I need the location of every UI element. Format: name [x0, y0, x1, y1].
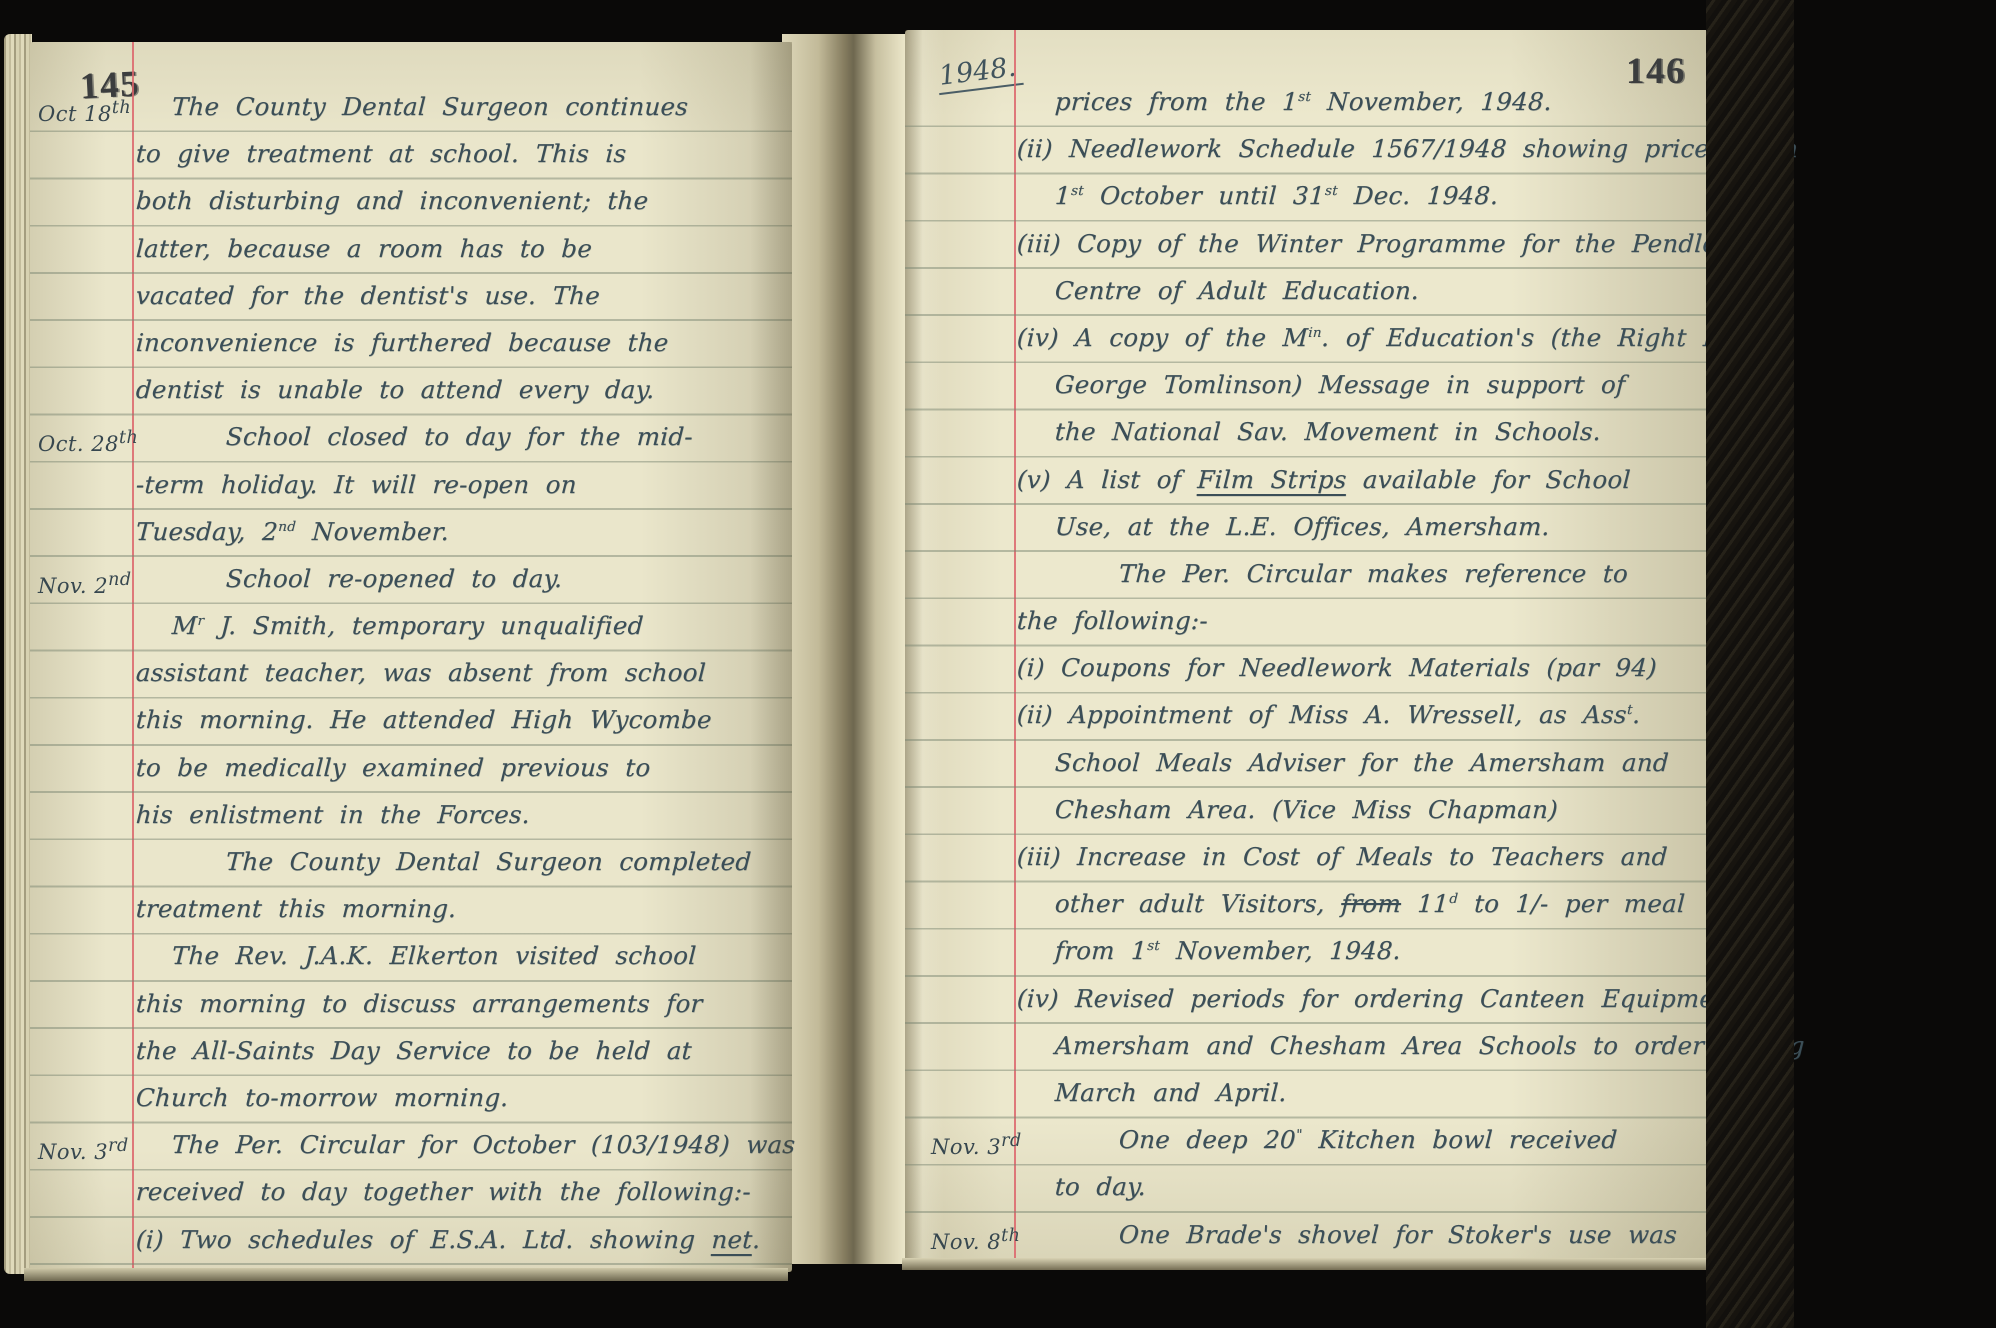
entry-text: Chesham Area. (Vice Miss Chapman)	[1054, 786, 1559, 833]
book-cover-edge	[1706, 0, 1794, 1328]
entry-text: (ii) Appointment of Miss A. Wressell, as…	[1016, 691, 1642, 738]
entry-text: (i) Coupons for Needlework Materials (pa…	[1016, 644, 1658, 691]
entry-text: -term holiday. It will re-open on	[135, 461, 578, 508]
logbook-line: latter, because a room has to be	[30, 227, 792, 274]
logbook-line: the All-Saints Day Service to be held at	[30, 1029, 792, 1076]
entry-date: Oct. 28th	[38, 415, 138, 468]
entry-date: Nov. 3rd	[38, 1123, 129, 1176]
entry-date: Nov. 3rd	[931, 1118, 1022, 1171]
left-page-bottom-edge	[24, 1268, 788, 1281]
entry-text: received to day together with the follow…	[135, 1168, 752, 1215]
logbook-line: Centre of Adult Education.	[905, 269, 1712, 316]
entry-text: other adult Visitors, from 11d to 1/- pe…	[1054, 880, 1687, 927]
logbook-line: (iv) A copy of the Min. of Education's (…	[905, 316, 1712, 363]
logbook-line: Oct 18thThe County Dental Surgeon contin…	[30, 85, 792, 132]
logbook-line: Nov. 3rdOne deep 20" Kitchen bowl receiv…	[905, 1118, 1712, 1165]
logbook-line: March and April.	[905, 1071, 1712, 1118]
left-page: 145 Oct 18thThe County Dental Surgeon co…	[30, 42, 792, 1272]
logbook-line: this morning to discuss arrangements for	[30, 982, 792, 1029]
logbook-line: his enlistment in the Forces.	[30, 793, 792, 840]
logbook-line: (i) Coupons for Needlework Materials (pa…	[905, 646, 1712, 693]
entry-text: The Per. Circular for October (103/1948)…	[171, 1121, 797, 1168]
entry-text: School re-opened to day.	[225, 555, 564, 602]
logbook-line: to give treatment at school. This is	[30, 132, 792, 179]
logbook-line: to day.	[905, 1165, 1712, 1212]
entry-text: this morning to discuss arrangements for	[135, 980, 704, 1027]
logbook-line: other adult Visitors, from 11d to 1/- pe…	[905, 882, 1712, 929]
logbook-line: -term holiday. It will re-open on	[30, 463, 792, 510]
entry-text: the National Sav. Movement in Schools.	[1054, 408, 1602, 455]
right-page-entries: prices from the 1st November, 1948.(ii) …	[905, 80, 1712, 1260]
logbook-line: (ii) Needlework Schedule 1567/1948 showi…	[905, 127, 1712, 174]
entry-text: treatment this morning.	[135, 885, 458, 932]
logbook-line: Tuesday, 2nd November.	[30, 510, 792, 557]
logbook-line: (iv) Revised periods for ordering Cantee…	[905, 977, 1712, 1024]
logbook-line: (iii) Increase in Cost of Meals to Teach…	[905, 835, 1712, 882]
logbook-line: Nov. 3rdThe Per. Circular for October (1…	[30, 1123, 792, 1170]
entry-date: Nov. 2nd	[38, 557, 132, 610]
entry-text: (iv) Revised periods for ordering Cantee…	[1016, 975, 1742, 1022]
logbook-line: 1st October until 31st Dec. 1948.	[905, 174, 1712, 221]
entry-text: from 1st November, 1948.	[1054, 927, 1402, 974]
logbook-line: the National Sav. Movement in Schools.	[905, 410, 1712, 457]
logbook-line: Mr J. Smith, temporary unqualified	[30, 604, 792, 651]
entry-text: One Brade's shovel for Stoker's use was	[1118, 1211, 1678, 1258]
entry-text: The County Dental Surgeon continues	[171, 83, 690, 130]
logbook-line: dentist is unable to attend every day.	[30, 368, 792, 415]
entry-text: vacated for the dentist's use. The	[135, 272, 601, 319]
logbook-line: (iii) Copy of the Winter Programme for t…	[905, 222, 1712, 269]
logbook-line: assistant teacher, was absent from schoo…	[30, 651, 792, 698]
entry-text: (iii) Copy of the Winter Programme for t…	[1016, 220, 1733, 267]
left-page-entries: Oct 18thThe County Dental Surgeon contin…	[30, 85, 792, 1265]
logbook-line: The County Dental Surgeon completed	[30, 840, 792, 887]
entry-text: (iii) Increase in Cost of Meals to Teach…	[1016, 833, 1669, 880]
right-page: 146 1948. prices from the 1st November, …	[905, 30, 1712, 1262]
logbook-photo: 145 Oct 18thThe County Dental Surgeon co…	[0, 0, 1996, 1328]
entry-text: this morning. He attended High Wycombe	[135, 696, 713, 743]
entry-date: Oct 18th	[38, 85, 131, 138]
logbook-line: George Tomlinson) Message in support of	[905, 363, 1712, 410]
logbook-line: (v) A list of Film Strips available for …	[905, 458, 1712, 505]
logbook-line: from 1st November, 1948.	[905, 929, 1712, 976]
entry-text: (i) Two schedules of E.S.A. Ltd. showing…	[135, 1216, 762, 1263]
entry-text: Church to-morrow morning.	[135, 1074, 510, 1121]
logbook-line: The Per. Circular makes reference to	[905, 552, 1712, 599]
right-page-bottom-edge	[902, 1258, 1706, 1270]
logbook-line: Nov. 8thOne Brade's shovel for Stoker's …	[905, 1213, 1712, 1260]
logbook-line: inconvenience is furthered because the	[30, 321, 792, 368]
entry-text: (ii) Needlework Schedule 1567/1948 showi…	[1016, 125, 1800, 172]
entry-text: The Rev. J.A.K. Elkerton visited school	[171, 932, 698, 979]
entry-text: Mr J. Smith, temporary unqualified	[171, 602, 645, 649]
entry-text: School closed to day for the mid-	[225, 413, 694, 460]
entry-text: to give treatment at school. This is	[135, 130, 628, 177]
entry-text: assistant teacher, was absent from schoo…	[135, 649, 707, 696]
entry-text: George Tomlinson) Message in support of	[1054, 361, 1627, 408]
logbook-line: to be medically examined previous to	[30, 746, 792, 793]
entry-text: inconvenience is furthered because the	[135, 319, 670, 366]
entry-text: Centre of Adult Education.	[1054, 267, 1421, 314]
entry-text: to be medically examined previous to	[135, 744, 652, 791]
logbook-line: Church to-morrow morning.	[30, 1076, 792, 1123]
entry-text: prices from the 1st November, 1948.	[1054, 78, 1553, 125]
logbook-line: prices from the 1st November, 1948.	[905, 80, 1712, 127]
logbook-line: Use, at the L.E. Offices, Amersham.	[905, 505, 1712, 552]
logbook-line: The Rev. J.A.K. Elkerton visited school	[30, 934, 792, 981]
logbook-line: Nov. 2ndSchool re-opened to day.	[30, 557, 792, 604]
entry-text: 1st October until 31st Dec. 1948.	[1054, 172, 1500, 219]
entry-text: latter, because a room has to be	[135, 225, 594, 272]
entry-text: the following:-	[1016, 597, 1209, 644]
entry-text: Use, at the L.E. Offices, Amersham.	[1054, 503, 1551, 550]
logbook-line: both disturbing and inconvenient; the	[30, 179, 792, 226]
page-stack-edges	[4, 34, 32, 1274]
entry-text: (iv) A copy of the Min. of Education's (…	[1016, 314, 1765, 361]
logbook-line: Chesham Area. (Vice Miss Chapman)	[905, 788, 1712, 835]
entry-text: The Per. Circular makes reference to	[1118, 550, 1629, 597]
logbook-line: received to day together with the follow…	[30, 1170, 792, 1217]
book-gutter	[782, 34, 912, 1264]
logbook-line: vacated for the dentist's use. The	[30, 274, 792, 321]
entry-text: both disturbing and inconvenient; the	[135, 177, 650, 224]
entry-text: (v) A list of Film Strips available for …	[1016, 456, 1632, 503]
entry-text: Amersham and Chesham Area Schools to ord…	[1054, 1022, 1806, 1069]
logbook-line: School Meals Adviser for the Amersham an…	[905, 741, 1712, 788]
logbook-line: Oct. 28thSchool closed to day for the mi…	[30, 415, 792, 462]
logbook-line: (i) Two schedules of E.S.A. Ltd. showing…	[30, 1218, 792, 1265]
logbook-line: Amersham and Chesham Area Schools to ord…	[905, 1024, 1712, 1071]
logbook-line: this morning. He attended High Wycombe	[30, 698, 792, 745]
logbook-line: the following:-	[905, 599, 1712, 646]
entry-text: his enlistment in the Forces.	[135, 791, 531, 838]
logbook-line: (ii) Appointment of Miss A. Wressell, as…	[905, 693, 1712, 740]
entry-text: One deep 20" Kitchen bowl received	[1118, 1116, 1619, 1163]
entry-text: The County Dental Surgeon completed	[225, 838, 753, 885]
logbook-line: treatment this morning.	[30, 887, 792, 934]
entry-text: Tuesday, 2nd November.	[135, 508, 451, 555]
entry-text: dentist is unable to attend every day.	[135, 366, 656, 413]
entry-text: School Meals Adviser for the Amersham an…	[1054, 739, 1670, 786]
entry-text: March and April.	[1054, 1069, 1288, 1116]
entry-text: to day.	[1054, 1163, 1148, 1210]
entry-text: the All-Saints Day Service to be held at	[135, 1027, 693, 1074]
